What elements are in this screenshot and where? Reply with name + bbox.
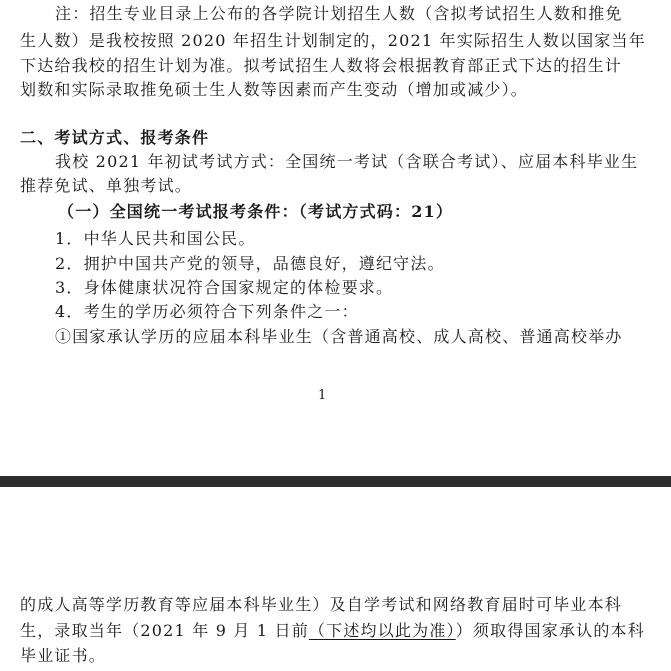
underlined-note: （下述均以此为准） [309,621,456,640]
note-line-1: 注：招生专业目录上公布的各学院计划招生人数（含拟考试招生人数和推免 [55,2,623,26]
intro-line-1: 我校 2021 年初试考试方式：全国统一考试（含联合考试）、应届本科毕业生 [55,150,638,174]
condition-3: 3．身体健康状况符合国家规定的体检要求。 [55,276,393,300]
section-heading: 二、考试方式、报考条件 [20,126,209,150]
condition-2: 2．拥护中国共产党的领导，品德良好，遵纪守法。 [55,252,445,276]
intro-line-2: 推荐免试、单独考试。 [20,174,192,198]
sub-condition-1: ①国家承认学历的应届本科毕业生（含普通高校、成人高校、普通高校举办 [55,325,623,349]
document-page-2: 的成人高等学历教育等应届本科毕业生）及自学考试和网络教育届时可毕业本科 生，录取… [0,487,671,671]
condition-4: 4．考生的学历必须符合下列条件之一： [55,300,359,324]
note-line-4: 划数和实际录取推免硕士生人数等因素而产生变动（增加或减少）。 [20,78,528,102]
subheading: （一）全国统一考试报考条件：（考试方式码：21） [58,200,453,224]
page2-line-2: 生，录取当年（2021 年 9 月 1 日前（下述均以此为准））须取得国家承认的… [20,619,645,643]
note-line-2: 生人数）是我校按照 2020 年招生计划制定的，2021 年实际招生人数以国家当… [20,29,646,53]
document-page-1: 注：招生专业目录上公布的各学院计划招生人数（含拟考试招生人数和推免 生人数）是我… [0,0,671,476]
note-line-3: 下达给我校的招生计划为准。拟考试招生人数将会根据教育部正式下达的招生计 [20,54,622,78]
page-separator [0,476,671,487]
condition-1: 1．中华人民共和国公民。 [55,227,256,251]
page-number: 1 [318,387,326,405]
page2-line-3: 毕业证书。 [20,644,106,668]
page2-line-2-after: ）须取得国家承认的本科 [456,621,645,640]
page2-line-1: 的成人高等学历教育等应届本科毕业生）及自学考试和网络教育届时可毕业本科 [20,593,622,617]
page2-line-2-before: 生，录取当年（2021 年 9 月 1 日前 [20,621,309,640]
